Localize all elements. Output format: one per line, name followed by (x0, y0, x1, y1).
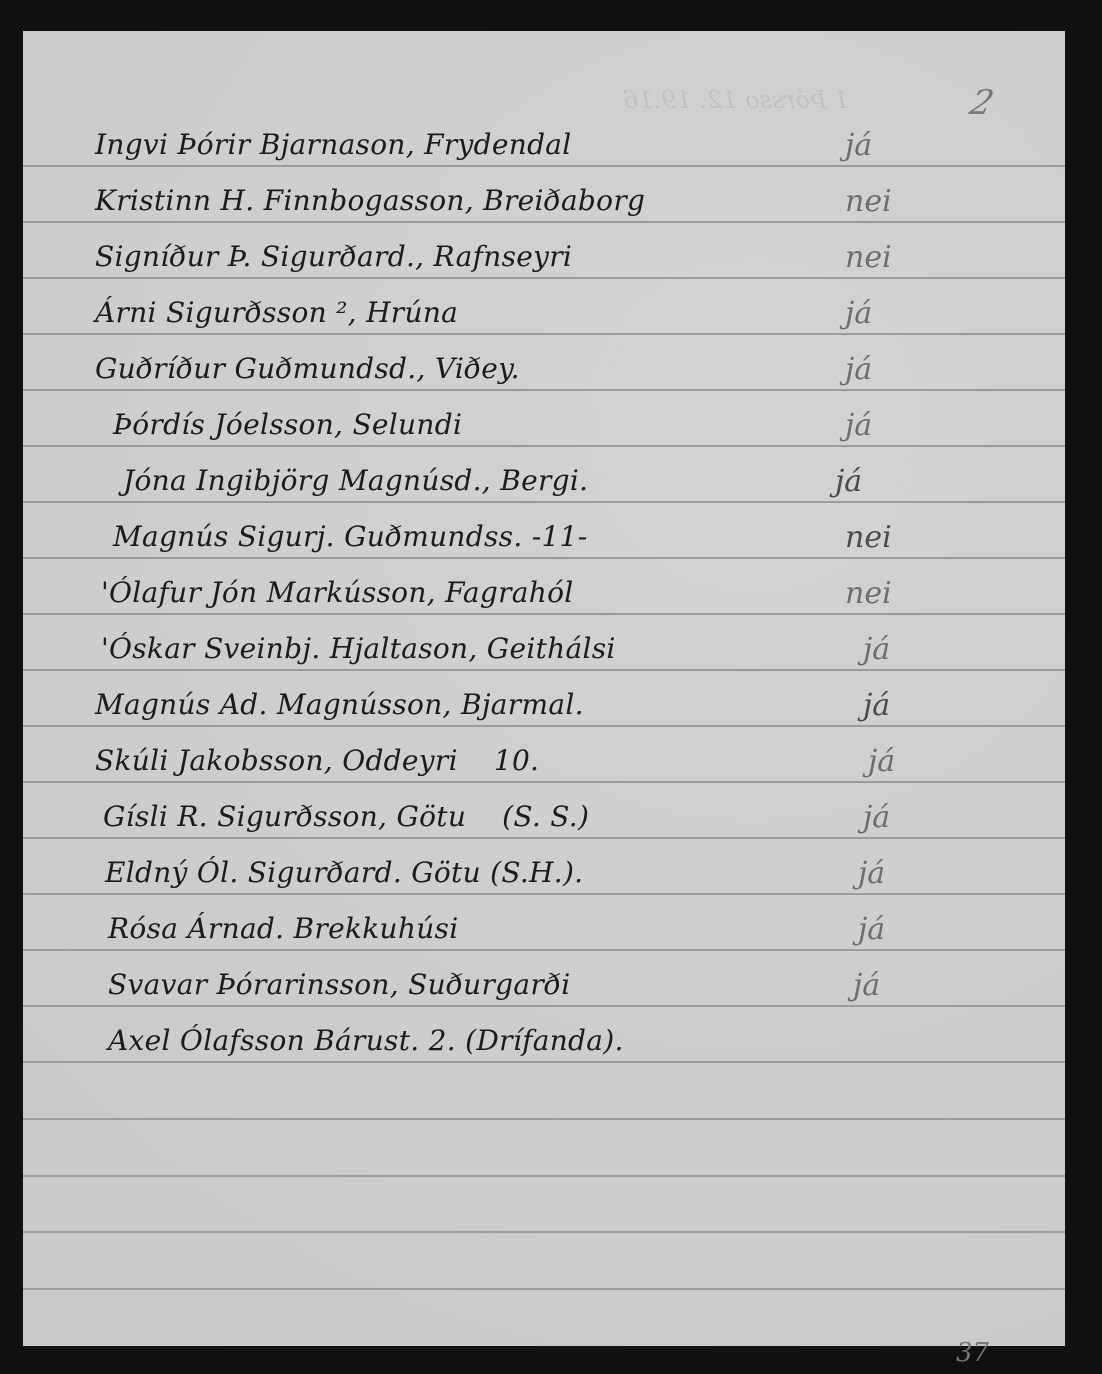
entry-name-text: Gísli R. Sigurðsson, Götu (103, 800, 466, 833)
rule-line (23, 1288, 1065, 1290)
entry-name: Þórdís Jóelsson, Selundi (113, 408, 462, 441)
entry-answer: já (863, 800, 890, 835)
list-item: Skúli Jakobsson, Oddeyri10. já (23, 727, 1065, 783)
list-item: Eldný Ól. Sigurðard. Götu (S.H.). já (23, 839, 1065, 895)
entry-name: Magnús Sigurj. Guðmundss. -11- (113, 520, 587, 553)
entry-note: (S. S.) (502, 800, 589, 833)
list-item: Guðríður Guðmundsd., Viðey. já (23, 335, 1065, 391)
entry-name: Gísli R. Sigurðsson, Götu(S. S.) (103, 800, 589, 833)
entry-answer: já (845, 352, 872, 387)
entry-name: Eldný Ól. Sigurðard. Götu (S.H.). (105, 856, 583, 889)
entry-name: Guðríður Guðmundsd., Viðey. (95, 352, 520, 385)
entry-answer: já (845, 296, 872, 331)
list-item: Jóna Ingibjörg Magnúsd., Bergi. já (23, 447, 1065, 503)
entry-answer: já (835, 464, 862, 499)
list-item: 'Óskar Sveinbj. Hjaltason, Geithálsi já (23, 615, 1065, 671)
list-item: Árni Sigurðsson ², Hrúna já (23, 279, 1065, 335)
list-item: Magnús Ad. Magnússon, Bjarmal. já (23, 671, 1065, 727)
list-item: Svavar Þórarinsson, Suðurgarði já (23, 951, 1065, 1007)
entry-answer: nei (845, 576, 892, 611)
entry-note: 10. (494, 744, 539, 777)
entry-answer: nei (845, 240, 892, 275)
entry-name: 'Ólafur Jón Markússon, Fagrahól (101, 576, 574, 609)
entry-answer: já (868, 744, 895, 779)
entry-answer: já (845, 128, 872, 163)
entry-name: 'Óskar Sveinbj. Hjaltason, Geithálsi (101, 632, 616, 665)
list-item: Rósa Árnad. Brekkuhúsi já (23, 895, 1065, 951)
entry-name: Ingvi Þórir Bjarnason, Frydendal (95, 128, 572, 161)
entry-name: Jóna Ingibjörg Magnúsd., Bergi. (123, 464, 588, 497)
rule-line (23, 1118, 1065, 1120)
entry-answer: já (863, 632, 890, 667)
list-item: Axel Ólafsson Bárust. 2. (Drífanda). (23, 1007, 1065, 1063)
entry-answer: já (863, 688, 890, 723)
entry-answer: nei (845, 520, 892, 555)
entry-name: Axel Ólafsson Bárust. 2. (Drífanda). (108, 1024, 624, 1057)
entry-name: Árni Sigurðsson ², Hrúna (95, 296, 458, 329)
list-item: 'Ólafur Jón Markússon, Fagrahól nei (23, 559, 1065, 615)
entry-answer: já (853, 968, 880, 1003)
entry-name: Magnús Ad. Magnússon, Bjarmal. (95, 688, 584, 721)
list-item: Ingvi Þórir Bjarnason, Frydendal já (23, 111, 1065, 167)
entry-name: Rósa Árnad. Brekkuhúsi (108, 912, 458, 945)
entry-name: Svavar Þórarinsson, Suðurgarði (108, 968, 570, 1001)
entry-answer: já (858, 856, 885, 891)
list-item: Kristinn H. Finnbogasson, Breiðaborg nei (23, 167, 1065, 223)
folio-number: 37 (956, 1338, 989, 1368)
entry-name: Kristinn H. Finnbogasson, Breiðaborg (95, 184, 645, 217)
entry-name: Signíður Þ. Sigurðard., Rafnseyri (95, 240, 572, 273)
entry-name: Skúli Jakobsson, Oddeyri10. (95, 744, 539, 777)
manuscript-page: 1 Þórsso 12. 19.16 2 Ingvi Þórir Bjarnas… (23, 31, 1065, 1346)
rule-line (23, 1231, 1065, 1233)
list-item: Magnús Sigurj. Guðmundss. -11- nei (23, 503, 1065, 559)
list-item: Gísli R. Sigurðsson, Götu(S. S.) já (23, 783, 1065, 839)
bleed-through-text: 1 Þórsso 12. 19.16 (623, 86, 849, 114)
rule-line (23, 1175, 1065, 1177)
entry-answer: nei (845, 184, 892, 219)
entry-answer: já (845, 408, 872, 443)
entry-answer: já (858, 912, 885, 947)
list-item: Signíður Þ. Sigurðard., Rafnseyri nei (23, 223, 1065, 279)
list-item: Þórdís Jóelsson, Selundi já (23, 391, 1065, 447)
entry-name-text: Skúli Jakobsson, Oddeyri (95, 744, 458, 777)
